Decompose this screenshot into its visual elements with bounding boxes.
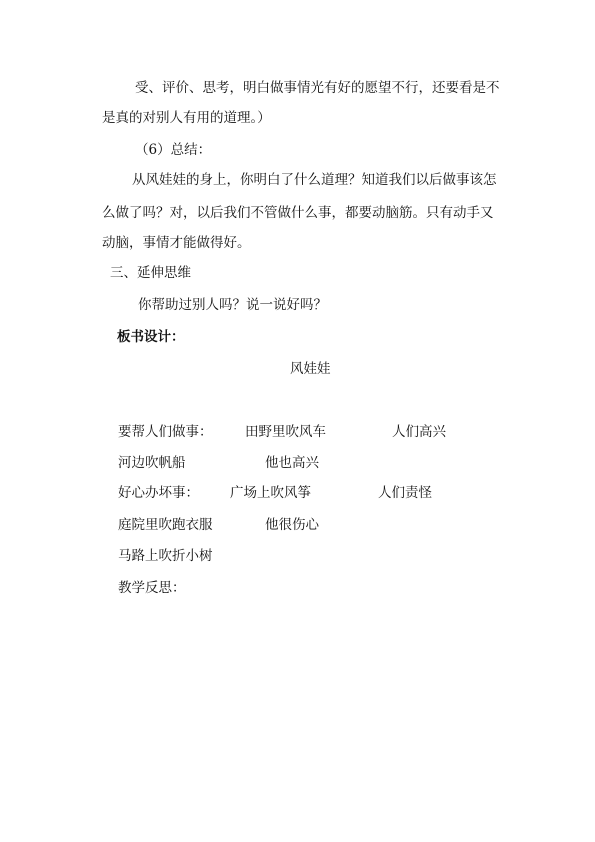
section-question: 你帮助过别人吗？说一说好吗？ [138,296,327,314]
board-row-result: 人们责怪 [378,484,432,502]
paragraph-line: 动脑，事情才能做得好。 [102,234,251,252]
reflection-heading: 教学反思： [118,579,186,597]
summary-heading: （6）总结： [135,141,211,159]
section-heading: 三、延伸思维 [110,264,191,282]
board-row-label: 马路上吹折小树 [118,547,213,565]
board-row-label: 庭院里吹跑衣服 [118,516,213,534]
board-row-action: 田野里吹风车 [245,423,326,441]
board-row-action: 广场上吹风筝 [230,484,311,502]
board-row-label: 要帮人们做事： [118,423,213,441]
board-design-heading: 板书设计： [117,328,185,346]
paragraph-line: 么做了吗？对，以后我们不管做什么事，都要动脑筋。只有动手又 [102,204,494,222]
paragraph-line: 是真的对别人有用的道理。） [102,109,271,127]
board-row-label: 好心办坏事： [118,484,199,502]
board-row-label: 河边吹帆船 [118,454,186,472]
paragraph-line: 受、评价、思考，明白做事情光有好的愿望不行，还要看是不 [135,79,500,97]
board-row-result: 他很伤心 [265,516,319,534]
board-title: 风娃娃 [290,360,331,378]
board-row-result: 他也高兴 [265,454,319,472]
paragraph-line: 从风娃娃的身上，你明白了什么道理？知道我们以后做事该怎 [132,171,497,189]
board-row-result: 人们高兴 [392,423,446,441]
